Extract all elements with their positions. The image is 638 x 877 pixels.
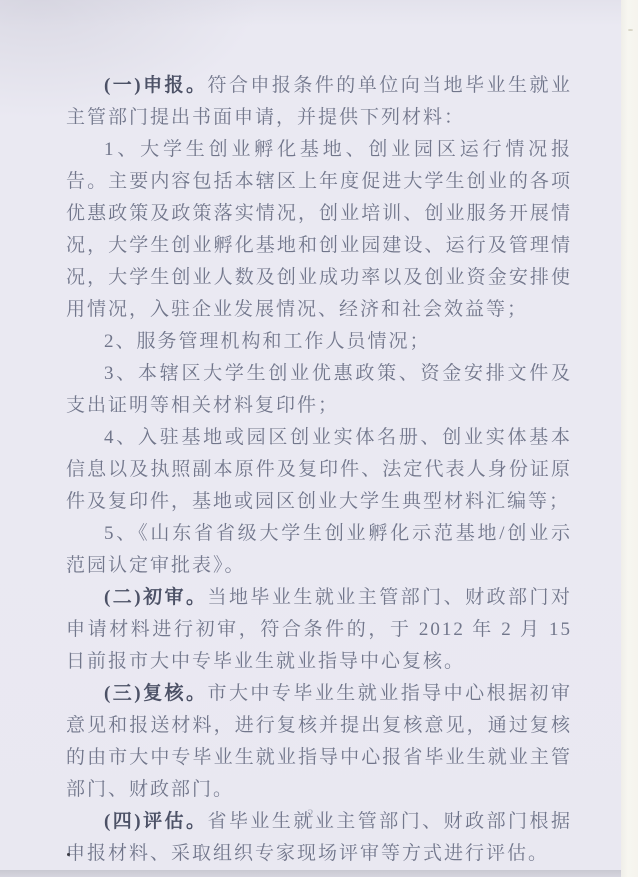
ink-dot-artifact — [67, 853, 70, 856]
paragraph-lead: (一)申报。 — [104, 75, 207, 96]
paragraph: 1、大学生创业孵化基地、创业园区运行情况报告。主要内容包括本辖区上年度促进大学生… — [66, 134, 572, 326]
document-body: (一)申报。符合申报条件的单位向当地毕业生就业主管部门提出书面申请，并提供下列材… — [66, 70, 572, 870]
page-number: 2 — [0, 806, 621, 821]
paragraph: (三)复核。市大中专毕业生就业指导中心根据初审意见和报送材料，进行复核并提出复核… — [66, 678, 572, 806]
paragraph: 4、入驻基地或园区创业实体名册、创业实体基本信息以及执照副本原件及复印件、法定代… — [66, 422, 572, 518]
scan-bottom-edge — [0, 870, 621, 877]
edge-speck-artifact — [628, 29, 633, 31]
scanned-page: (一)申报。符合申报条件的单位向当地毕业生就业主管部门提出书面申请，并提供下列材… — [0, 0, 621, 877]
paragraph-text: 5、《山东省省级大学生创业孵化示范基地/创业示范园认定审批表》。 — [66, 523, 572, 576]
paragraph-text: 2、服务管理机构和工作人员情况； — [104, 331, 431, 352]
paragraph-lead: (二)初审。 — [104, 587, 207, 608]
scanner-edge-strip — [621, 0, 638, 877]
paragraph: 3、本辖区大学生创业优惠政策、资金安排文件及支出证明等相关材料复印件； — [66, 358, 572, 422]
paragraph-text: 3、本辖区大学生创业优惠政策、资金安排文件及支出证明等相关材料复印件； — [66, 363, 572, 416]
paragraph: 2、服务管理机构和工作人员情况； — [66, 326, 572, 358]
paragraph-text: 1、大学生创业孵化基地、创业园区运行情况报告。主要内容包括本辖区上年度促进大学生… — [66, 139, 572, 320]
paragraph-lead: (三)复核。 — [104, 683, 207, 704]
paragraph: (二)初审。当地毕业生就业主管部门、财政部门对申请材料进行初审，符合条件的，于 … — [66, 582, 572, 678]
paragraph: (一)申报。符合申报条件的单位向当地毕业生就业主管部门提出书面申请，并提供下列材… — [66, 70, 572, 134]
paragraph-text: 4、入驻基地或园区创业实体名册、创业实体基本信息以及执照副本原件及复印件、法定代… — [66, 427, 572, 512]
paragraph: 5、《山东省省级大学生创业孵化示范基地/创业示范园认定审批表》。 — [66, 518, 572, 582]
